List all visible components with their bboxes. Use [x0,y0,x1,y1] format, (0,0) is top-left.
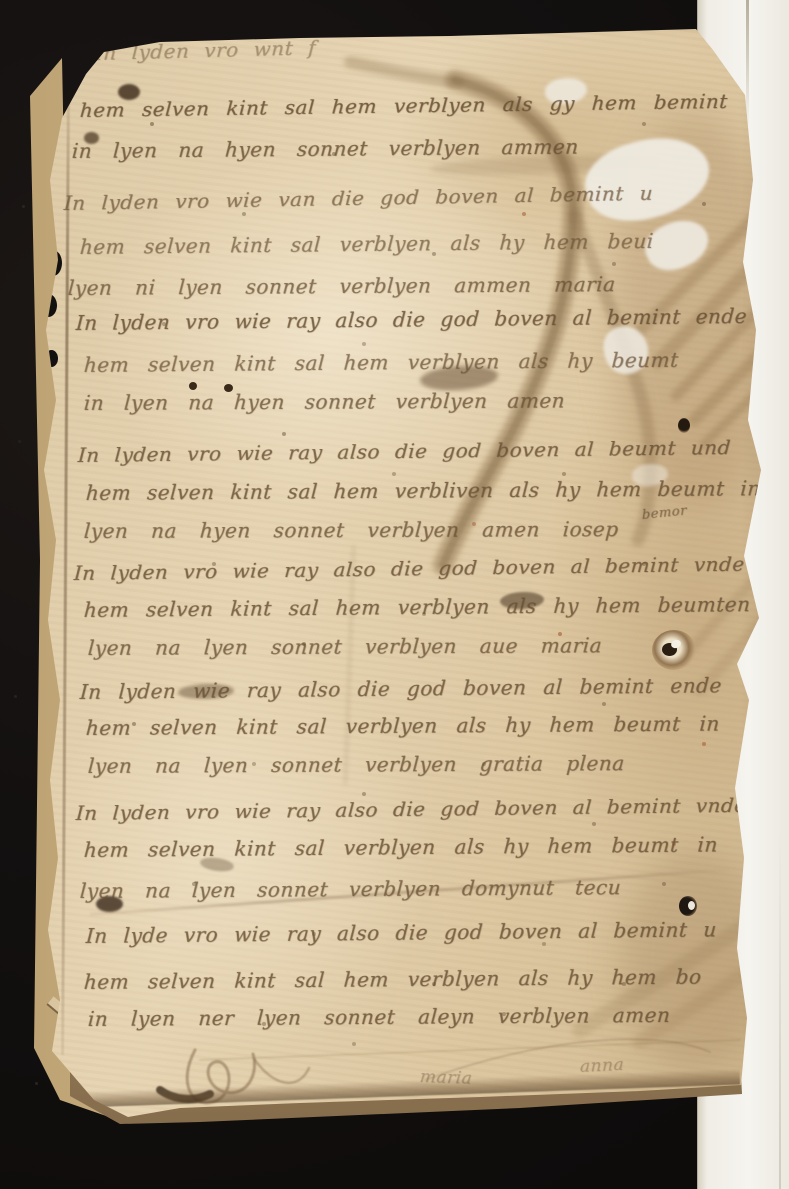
facing-page-seam [746,0,749,128]
wormhole [678,418,690,433]
margin-note: bemor [642,503,688,524]
manuscript-line: In lyden vro wie ray also die god boven … [73,551,745,586]
manuscript-photo: In lyden vro wnt fhem selven kint sal he… [0,0,789,1189]
pen-trial: anna [580,1054,625,1078]
manuscript-line: In lyden wie ray also die god boven al b… [79,672,722,705]
wormhole [679,896,697,916]
manuscript-line: hem selven kint sal hem verblyen als hy … [83,964,702,995]
manuscript-line: hem selven kint sal verblyen als hy hem … [83,831,719,863]
manuscript-line: In lyden vro wie ray also die god boven … [75,792,747,826]
manuscript-line: hem selven kint sal hem verblyen als gy … [79,88,728,123]
manuscript-line: in lyen ner lyen sonnet aleyn verblyen a… [87,1002,671,1032]
manuscript-line: lyen na lyen sonnet verblyen aue maria [87,632,603,661]
puncture-hole [652,630,696,670]
manuscript-line: hem selven kint sal verblyen als hy hem … [85,711,721,741]
manuscript-line: hem selven kint sal hem verbliven als hy… [85,475,761,506]
manuscript-line: lyen na lyen sonnet verblyen domynut tec… [79,874,622,904]
manuscript-line: hem selven kint sal hem verblyen als hy … [83,347,679,378]
pen-trial: maria [419,1066,474,1090]
manuscript-page: In lyden vro wnt fhem selven kint sal he… [0,0,789,1189]
facing-page-crease [779,830,781,1189]
dust-specks [0,0,3,3]
manuscript-line: in lyen na hyen sonnet verblyen amen [83,387,566,416]
manuscript-line: In lyde vro wie ray also die god boven a… [85,916,717,949]
manuscript-line: hem selven kint sal verblyen als hy hem … [79,228,654,260]
manuscript-line: hem selven kint sal hem verblyen als hy … [83,591,751,623]
manuscript-line: In lyden vro wie ray also die god boven … [75,303,748,336]
manuscript-line: in lyen na hyen sonnet verblyen ammen [71,134,579,164]
manuscript-line: In lyden vro wie ray also die god boven … [77,434,732,468]
manuscript-line: lyen na lyen sonnet verblyen gratia plen… [87,750,625,779]
manuscript-line: In lyden vro wie van die god boven al be… [63,180,654,216]
manuscript-line: lyen na hyen sonnet verblyen amen iosep [83,516,619,544]
text-layer: In lyden vro wnt fhem selven kint sal he… [0,0,789,1189]
manuscript-line: lyen ni lyen sonnet verblyen ammen maria [67,271,616,301]
wormhole-glint [688,901,695,910]
